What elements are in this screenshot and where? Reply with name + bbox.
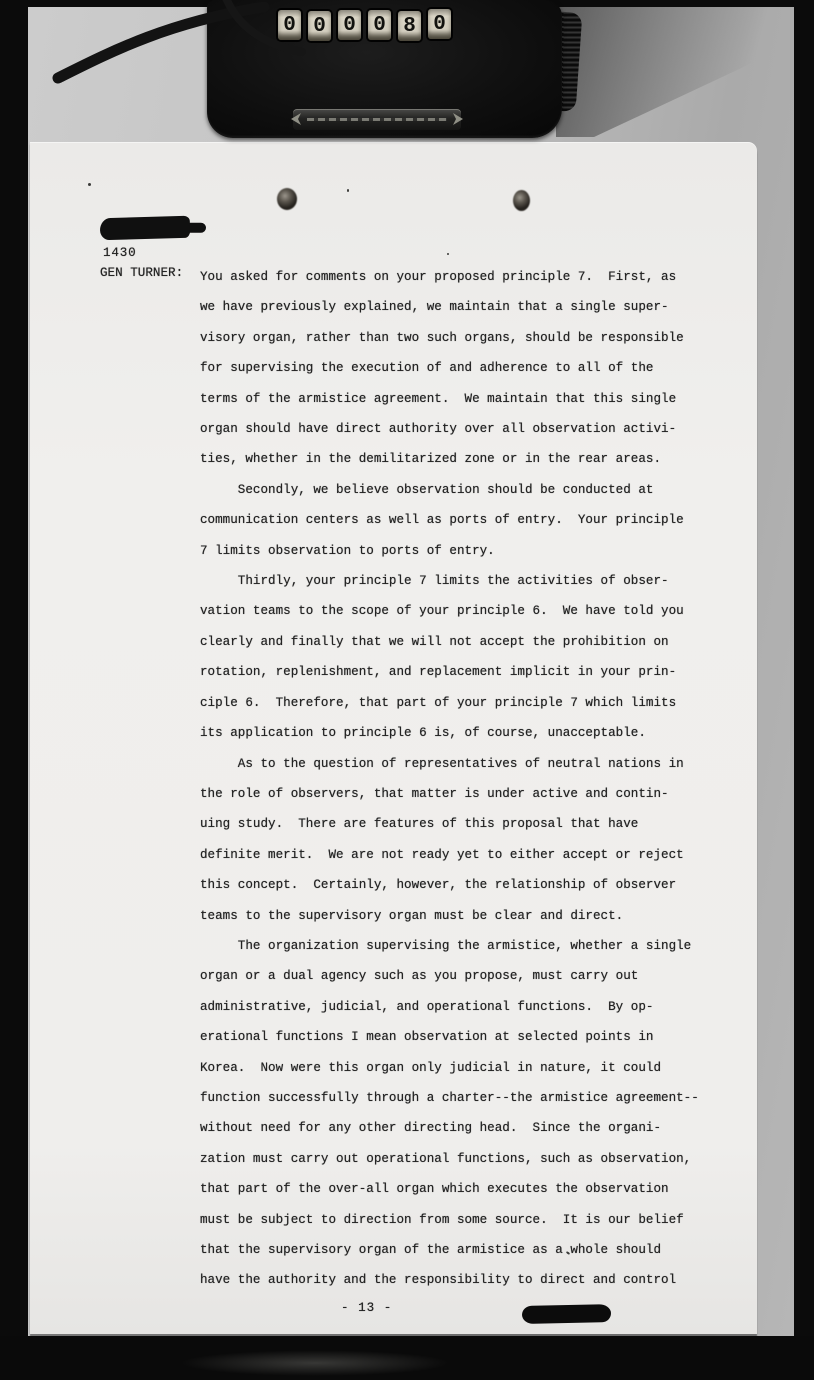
counter-digit: 0: [428, 9, 451, 39]
counter-label-plate: [293, 109, 461, 130]
paragraph: Thirdly, your principle 7 limits the act…: [200, 566, 735, 748]
paragraph: You asked for comments on your proposed …: [200, 262, 735, 475]
redaction-mark-top-left: [100, 216, 191, 241]
plate-engraving: [307, 118, 447, 121]
counter-digit: 8: [398, 11, 421, 41]
timestamp: 1430: [103, 246, 136, 260]
counter-digit: 0: [338, 10, 361, 40]
paper-speck: [447, 253, 449, 255]
paper-speck: [347, 189, 349, 192]
film-smudge: [180, 1350, 450, 1376]
transcript-body: You asked for comments on your proposed …: [200, 262, 735, 1296]
hole-punch-right: [513, 190, 530, 211]
paper-speck: [88, 183, 91, 186]
page-number: - 13 -: [341, 1301, 392, 1315]
speaker-label: GEN TURNER:: [100, 266, 183, 280]
paragraph: As to the question of representatives of…: [200, 749, 735, 931]
hole-punch-left: [277, 188, 297, 210]
redaction-mark-bottom-right: [522, 1304, 611, 1324]
paragraph: Secondly, we believe observation should …: [200, 475, 735, 566]
counter-cable: [40, 0, 320, 85]
paragraph: The organization supervising the armisti…: [200, 931, 735, 1296]
film-edge-bottom: [0, 1336, 814, 1380]
microfilm-frame: 1430 GEN TURNER: You asked for comments …: [0, 0, 814, 1380]
counter-digit: 0: [368, 10, 391, 40]
